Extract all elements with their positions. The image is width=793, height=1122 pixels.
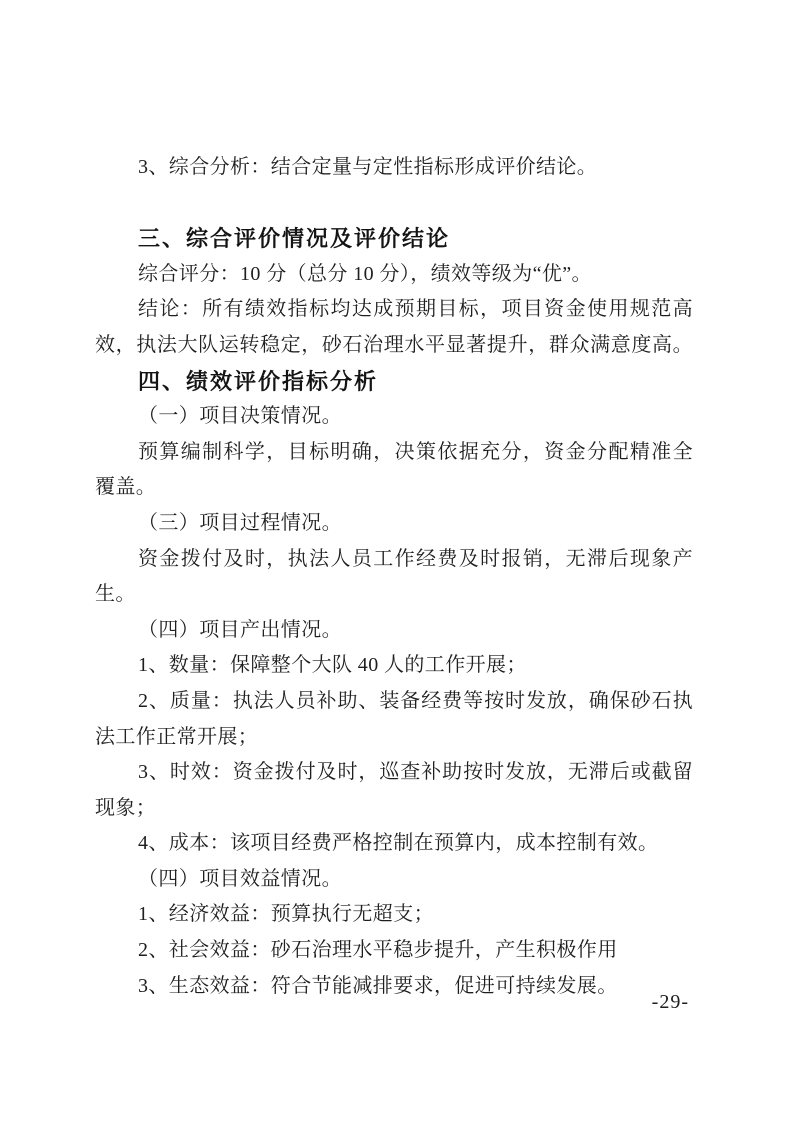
blank-line <box>95 186 693 222</box>
document-line: （三）项目过程情况。 <box>95 506 693 542</box>
document-line: 1、数量：保障整个大队 40 人的工作开展； <box>95 648 693 684</box>
document-line: 资金拨付及时，执法人员工作经费及时报销，无滞后现象产 <box>95 542 693 578</box>
document-line: 3、生态效益：符合节能减排要求，促进可持续发展。 <box>95 969 693 1005</box>
document-line: （一）项目决策情况。 <box>95 399 693 435</box>
page-number: -29- <box>652 990 689 1014</box>
document-line: （四）项目效益情况。 <box>95 862 693 898</box>
document-page: 3、综合分析：结合定量与定性指标形成评价结论。三、综合评价情况及评价结论综合评分… <box>0 0 793 1122</box>
section-heading: 三、综合评价情况及评价结论 <box>95 221 693 257</box>
section-heading: 四、绩效评价指标分析 <box>95 364 693 400</box>
document-line: （四）项目产出情况。 <box>95 613 693 649</box>
document-line: 2、社会效益：砂石治理水平稳步提升，产生积极作用 <box>95 933 693 969</box>
document-line: 2、质量：执法人员补助、装备经费等按时发放，确保砂石执 <box>95 684 693 720</box>
document-line: 1、经济效益：预算执行无超支； <box>95 897 693 933</box>
document-line: 结论：所有绩效指标均达成预期目标，项目资金使用规范高 <box>95 292 693 328</box>
document-line: 3、时效：资金拨付及时，巡查补助按时发放，无滞后或截留 <box>95 755 693 791</box>
document-line: 综合评分：10 分（总分 10 分），绩效等级为“优”。 <box>95 257 693 293</box>
document-line: 覆盖。 <box>95 470 693 506</box>
document-line: 效，执法大队运转稳定，砂石治理水平显著提升，群众满意度高。 <box>95 328 693 364</box>
document-content: 3、综合分析：结合定量与定性指标形成评价结论。三、综合评价情况及评价结论综合评分… <box>95 150 693 1004</box>
document-line: 预算编制科学，目标明确，决策依据充分，资金分配精准全 <box>95 435 693 471</box>
document-line: 4、成本：该项目经费严格控制在预算内，成本控制有效。 <box>95 826 693 862</box>
document-line: 生。 <box>95 577 693 613</box>
document-line: 法工作正常开展； <box>95 720 693 756</box>
document-line: 现象； <box>95 791 693 827</box>
document-line: 3、综合分析：结合定量与定性指标形成评价结论。 <box>95 150 693 186</box>
